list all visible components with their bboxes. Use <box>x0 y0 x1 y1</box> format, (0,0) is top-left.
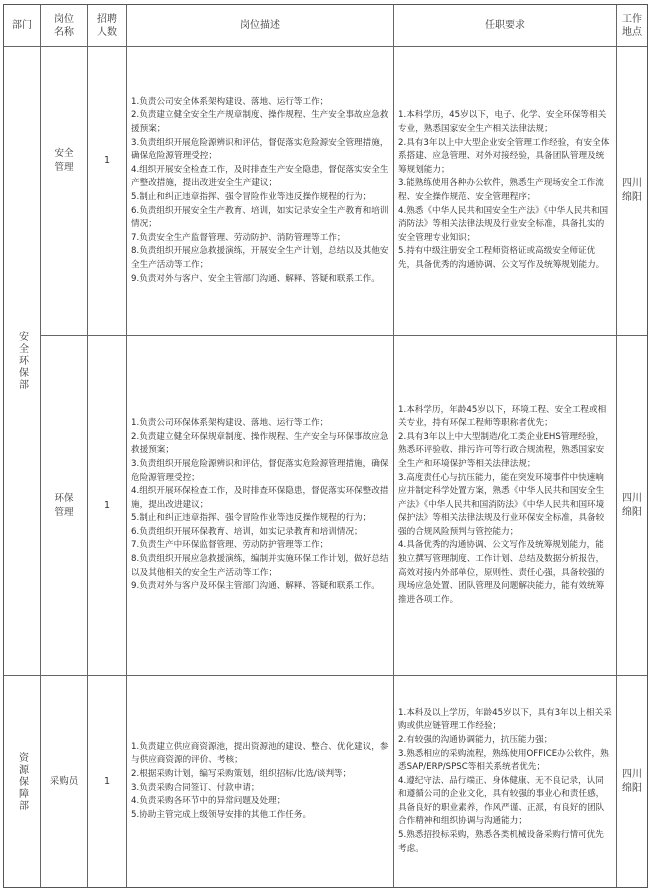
requirement-item: 2.具有3年以上中大型制造/化工类企业EHS管理经验，熟悉环评验收、排污许可等行… <box>398 431 612 472</box>
requirement-item: 2.有较强的沟通协调能力，抗压能力强； <box>398 734 612 748</box>
description-item: 4.负责采购各环节中的异常问题及处理； <box>131 795 389 809</box>
description-item: 1.负责公司环保体系架构建设、落地、运行等工作； <box>131 417 389 431</box>
requirements-cell: 1.本科及以上学历，年龄45岁以下，具有3年以上相关采购或供应链管理工作经验； … <box>394 676 617 887</box>
header-dept: 部门 <box>4 5 41 47</box>
headcount-cell: 1 <box>88 676 127 887</box>
position-cell: 安全管理 <box>41 47 88 336</box>
description-item: 1.负责公司安全体系架构建设、落地、运行等工作； <box>131 96 389 110</box>
description-item: 7.负责生产中环保监督管理、劳动防护管理等工作； <box>131 539 389 553</box>
requirement-item: 5.持有中级注册安全工程师资格证或高级安全师证优先，具备优秀的沟通协调、公文写作… <box>398 245 612 272</box>
location-cell: 四川绵阳 <box>617 47 647 336</box>
position-name: 采购员 <box>50 775 79 789</box>
header-requirements: 任职要求 <box>394 5 617 47</box>
description-item: 1.负责建立供应商资源池，提出资源池的建设、整合、优化建议，参与供应商资源的评价… <box>131 741 389 768</box>
description-item: 5.制止和纠正违章指挥、强令冒险作业等违反操作规程的行为； <box>131 512 389 526</box>
description-item: 9.负责对外与客户及环保主管部门沟通、解释、答疑和联系工作。 <box>131 580 389 594</box>
headcount-value: 1 <box>104 499 110 513</box>
description-item: 3.负责组织开展危险源辨识和评估，督促落实危险源安全管理措施，确保危险源管理受控… <box>131 137 389 164</box>
location-value: 四川绵阳 <box>619 177 645 205</box>
requirement-item: 5.熟悉招投标采购，熟悉各类机械设备采购行情可优先考虑。 <box>398 829 612 856</box>
header-position-name-label: 岗位名称 <box>50 13 78 39</box>
description-item: 7.负责安全生产监督管理、劳动防护、消防管理等工作； <box>131 232 389 246</box>
description-cell: 1.负责公司安全体系架构建设、落地、运行等工作； 2.负责建立健全安全生产规章制… <box>127 47 394 336</box>
requirements-cell: 1.本科学历，45岁以下，电子、化学、安全环保等相关专业，熟悉国家安全生产相关法… <box>394 47 617 336</box>
description-item: 2.根据采购计划，编写采购策划，组织招标/比选/谈判等； <box>131 768 389 782</box>
header-requirements-label: 任职要求 <box>485 19 525 32</box>
header-position-name: 岗位名称 <box>41 5 88 47</box>
position-name: 环保管理 <box>51 492 77 520</box>
description-item: 6.负责组织开展安全生产教育、培训，如实记录安全生产教育和培训情况； <box>131 205 389 232</box>
header-headcount: 招聘人数 <box>88 5 127 47</box>
description-item: 6.负责组织开展环保教育、培训，如实记录教育和培训情况； <box>131 526 389 540</box>
description-item: 2.负责建立健全安全生产规章制度、操作规程、生产安全事故应急救援预案； <box>131 109 389 136</box>
description-item: 4.组织开展环保检查工作，及时排查环保隐患，督促落实环保整改措施，提出改进建议； <box>131 485 389 512</box>
requirements-cell: 1.本科学历，年龄45岁以下，环境工程、安全工程或相关专业，持有环保工程师等职称… <box>394 336 617 676</box>
location-value: 四川绵阳 <box>619 492 645 520</box>
headcount-value: 1 <box>104 775 110 789</box>
location-cell: 四川绵阳 <box>617 676 647 887</box>
header-description: 岗位描述 <box>127 5 394 47</box>
requirement-item: 4.遵纪守法、品行端正、身体健康、无不良记录，认同和遵循公司的企业文化，具有较强… <box>398 775 612 829</box>
header-location-label: 工作地点 <box>620 13 644 39</box>
description-cell: 1.负责建立供应商资源池，提出资源池的建设、整合、优化建议，参与供应商资源的评价… <box>127 676 394 887</box>
description-item: 3.负责采购合同签订、付款申请； <box>131 782 389 796</box>
description-item: 2.负责建立健全环保规章制度、操作规程、生产安全与环保事故应急救援预案； <box>131 431 389 458</box>
headcount-cell: 1 <box>88 336 127 676</box>
dept-name: 资源保障部 <box>15 752 30 812</box>
description-item: 5.制止和纠正违章指挥、强令冒险作业等违反操作规程的行为； <box>131 191 389 205</box>
description-item: 5.协助主管完成上级领导安排的其他工作任务。 <box>131 809 389 823</box>
recruitment-table: 部门 岗位名称 招聘人数 岗位描述 任职要求 工作地点 安全环保部 安全管理 1… <box>3 4 648 888</box>
location-cell: 四川绵阳 <box>617 336 647 676</box>
position-cell: 采购员 <box>41 676 88 887</box>
position-name: 安全管理 <box>41 147 87 175</box>
header-location: 工作地点 <box>617 5 647 47</box>
dept-cell-safety-env: 安全环保部 <box>4 47 41 676</box>
requirement-item: 2.具有3年以上中大型企业安全管理工作经验，有安全体系搭建、应急管理、对外对接经… <box>398 137 612 178</box>
description-item: 3.负责组织开展危险源辨识和评估，督促落实危险源管理措施，确保危险源管理受控； <box>131 458 389 485</box>
description-item: 8.负责组织开展应急救援演练，开展安全生产计划，总结以及其他安全生产活动等工作； <box>131 245 389 272</box>
description-item: 4.组织开展安全检查工作，及时排查生产安全隐患，督促落实安全生产整改措施，提出改… <box>131 164 389 191</box>
position-cell: 环保管理 <box>41 336 88 676</box>
description-item: 9.负责对外与客户、安全主管部门沟通、解释、答疑和联系工作。 <box>131 273 389 287</box>
requirement-item: 4.熟悉《中华人民共和国安全生产法》《中华人民共和国消防法》等相关法律法规及行业… <box>398 205 612 246</box>
requirement-item: 1.本科及以上学历，年龄45岁以下，具有3年以上相关采购或供应链管理工作经验； <box>398 707 612 734</box>
header-dept-label: 部门 <box>12 19 32 32</box>
requirement-item: 1.本科学历，45岁以下，电子、化学、安全环保等相关专业，熟悉国家安全生产相关法… <box>398 109 612 136</box>
dept-name: 安全环保部 <box>15 331 30 391</box>
headcount-value: 1 <box>88 154 126 168</box>
location-value: 四川绵阳 <box>619 768 645 796</box>
requirement-item: 3.熟悉相应的采购流程，熟练使用OFFICE办公软件，熟悉SAP/ERP/SPS… <box>398 748 612 775</box>
header-description-label: 岗位描述 <box>240 19 280 32</box>
headcount-cell: 1 <box>88 47 127 336</box>
requirement-item: 4.具备优秀的沟通协调、公文写作及统筹规划能力，能独立撰写管理制度、工作计划、总… <box>398 539 612 607</box>
header-headcount-label: 招聘人数 <box>95 13 119 39</box>
requirement-item: 1.本科学历，年龄45岁以下，环境工程、安全工程或相关专业，持有环保工程师等职称… <box>398 404 612 431</box>
description-cell: 1.负责公司环保体系架构建设、落地、运行等工作； 2.负责建立健全环保规章制度、… <box>127 336 394 676</box>
requirement-item: 3.高度责任心与抗压能力，能在突发环境事件中快速响应并制定科学处置方案，熟悉《中… <box>398 472 612 540</box>
description-item: 8.负责组织开展应急救援演练，编制并实施环保工作计划，做好总结以及其他相关的安全… <box>131 553 389 580</box>
dept-cell-resource: 资源保障部 <box>4 676 41 887</box>
requirement-item: 3.能熟练使用各种办公软件，熟悉生产现场安全工作流程、安全操作规范、安全管理程序… <box>398 177 612 204</box>
